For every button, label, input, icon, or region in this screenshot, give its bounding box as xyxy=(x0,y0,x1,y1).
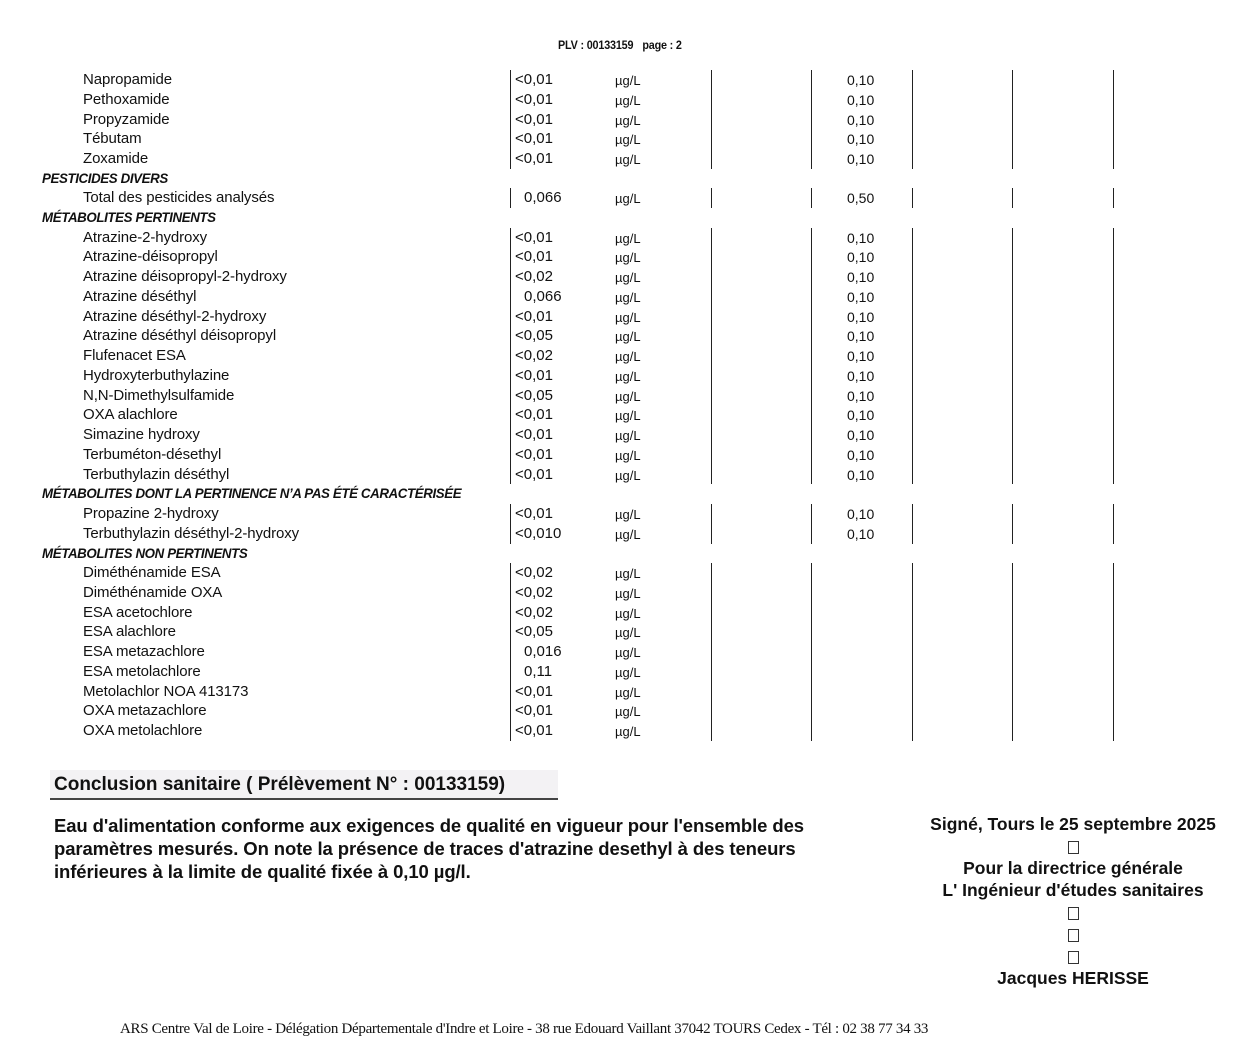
quality-limit: 0,10 xyxy=(847,309,874,325)
signature-block: Signé, Tours le 25 septembre 2025 Pour l… xyxy=(905,813,1240,989)
column-divider xyxy=(912,70,913,90)
column-divider xyxy=(811,721,812,741)
column-divider xyxy=(1113,188,1114,208)
result-unit: µg/L xyxy=(615,586,641,601)
column-divider xyxy=(811,524,812,544)
result-unit: µg/L xyxy=(615,704,641,719)
section-heading: MÉTABOLITES DONT LA PERTINENCE N’A PAS É… xyxy=(0,484,1240,504)
result-unit: µg/L xyxy=(615,349,641,364)
table-row: Metolachlor NOA 413173<0,01µg/L xyxy=(0,682,1240,702)
column-divider xyxy=(811,682,812,702)
column-divider xyxy=(510,662,511,682)
column-divider xyxy=(711,662,712,682)
result-value: <0,01 xyxy=(515,229,553,246)
column-divider xyxy=(912,307,913,327)
section-title: PESTICIDES DIVERS xyxy=(42,170,168,186)
column-divider xyxy=(711,287,712,307)
result-value: <0,02 xyxy=(515,564,553,581)
column-divider xyxy=(912,642,913,662)
column-divider xyxy=(510,110,511,130)
result-value: <0,01 xyxy=(515,308,553,325)
table-row: Diméthénamide ESA<0,02µg/L xyxy=(0,563,1240,583)
column-divider xyxy=(1113,603,1114,623)
column-divider xyxy=(1012,721,1013,741)
column-divider xyxy=(1012,622,1013,642)
column-divider xyxy=(510,583,511,603)
parameter-name: Atrazine-2-hydroxy xyxy=(83,229,207,246)
table-row: Terbuthylazin déséthyl<0,01µg/L0,10 xyxy=(0,465,1240,485)
column-divider xyxy=(1113,70,1114,90)
column-divider xyxy=(510,366,511,386)
parameter-name: Hydroxyterbuthylazine xyxy=(83,367,229,384)
signature-line-2: L' Ingénieur d'études sanitaires xyxy=(905,879,1240,901)
result-value: <0,01 xyxy=(515,406,553,423)
column-divider xyxy=(1012,701,1013,721)
column-divider xyxy=(711,642,712,662)
column-divider xyxy=(1012,90,1013,110)
result-value: <0,01 xyxy=(515,367,553,384)
table-row: Propazine 2-hydroxy<0,01µg/L0,10 xyxy=(0,504,1240,524)
result-unit: µg/L xyxy=(615,132,641,147)
result-unit: µg/L xyxy=(615,329,641,344)
column-divider xyxy=(711,465,712,485)
column-divider xyxy=(711,307,712,327)
table-row: ESA metazachlore0,016µg/L xyxy=(0,642,1240,662)
column-divider xyxy=(811,110,812,130)
result-unit: µg/L xyxy=(615,724,641,739)
column-divider xyxy=(510,386,511,406)
column-divider xyxy=(711,188,712,208)
result-unit: µg/L xyxy=(615,408,641,423)
column-divider xyxy=(1012,326,1013,346)
table-row: Zoxamide<0,01µg/L0,10 xyxy=(0,149,1240,169)
column-divider xyxy=(912,287,913,307)
column-divider xyxy=(811,188,812,208)
result-value: <0,01 xyxy=(515,130,553,147)
column-divider xyxy=(510,642,511,662)
result-value: <0,01 xyxy=(515,466,553,483)
column-divider xyxy=(711,524,712,544)
parameter-name: Atrazine déséthyl xyxy=(83,288,196,305)
column-divider xyxy=(711,682,712,702)
column-divider xyxy=(811,247,812,267)
result-value: <0,01 xyxy=(515,248,553,265)
column-divider xyxy=(811,583,812,603)
column-divider xyxy=(711,228,712,248)
quality-limit: 0,10 xyxy=(847,407,874,423)
parameter-name: Propyzamide xyxy=(83,111,169,128)
column-divider xyxy=(912,188,913,208)
quality-limit: 0,10 xyxy=(847,151,874,167)
column-divider xyxy=(1113,622,1114,642)
column-divider xyxy=(510,405,511,425)
column-divider xyxy=(510,267,511,287)
result-unit: µg/L xyxy=(615,191,641,206)
conclusion-text: Eau d'alimentation conforme aux exigence… xyxy=(54,814,884,883)
column-divider xyxy=(1012,504,1013,524)
column-divider xyxy=(510,622,511,642)
column-divider xyxy=(510,682,511,702)
column-divider xyxy=(1113,662,1114,682)
column-divider xyxy=(912,129,913,149)
column-divider xyxy=(1012,682,1013,702)
column-divider xyxy=(711,425,712,445)
column-divider xyxy=(1113,721,1114,741)
column-divider xyxy=(811,603,812,623)
parameter-name: Atrazine déséthyl déisopropyl xyxy=(83,327,276,344)
parameter-name: Diméthénamide ESA xyxy=(83,564,221,581)
column-divider xyxy=(912,682,913,702)
table-row: ESA metolachlore0,11µg/L xyxy=(0,662,1240,682)
page-header: PLV : 00133159page : 2 xyxy=(558,38,682,52)
conclusion-header: Conclusion sanitaire ( Prélèvement N° : … xyxy=(50,770,558,800)
column-divider xyxy=(912,326,913,346)
parameter-name: Terbuthylazin déséthyl xyxy=(83,466,229,483)
column-divider xyxy=(912,346,913,366)
column-divider xyxy=(912,405,913,425)
column-divider xyxy=(1113,583,1114,603)
column-divider xyxy=(912,701,913,721)
parameter-name: Atrazine déisopropyl-2-hydroxy xyxy=(83,268,287,285)
parameter-name: ESA metolachlore xyxy=(83,663,201,680)
parameter-name: ESA acetochlore xyxy=(83,604,192,621)
parameter-name: OXA metolachlore xyxy=(83,722,202,739)
section-title: MÉTABOLITES DONT LA PERTINENCE N’A PAS É… xyxy=(42,485,461,501)
section-heading: PESTICIDES DIVERS xyxy=(0,169,1240,189)
column-divider xyxy=(510,701,511,721)
column-divider xyxy=(1113,425,1114,445)
column-divider xyxy=(711,129,712,149)
column-divider xyxy=(1012,445,1013,465)
column-divider xyxy=(912,563,913,583)
table-row: OXA alachlore<0,01µg/L0,10 xyxy=(0,405,1240,425)
column-divider xyxy=(510,228,511,248)
quality-limit: 0,10 xyxy=(847,112,874,128)
column-divider xyxy=(1012,603,1013,623)
result-unit: µg/L xyxy=(615,270,641,285)
column-divider xyxy=(811,149,812,169)
parameter-name: Total des pesticides analysés xyxy=(83,189,274,206)
plv-number: PLV : 00133159 xyxy=(558,38,633,52)
result-value: <0,01 xyxy=(515,702,553,719)
column-divider xyxy=(1012,110,1013,130)
result-unit: µg/L xyxy=(615,665,641,680)
column-divider xyxy=(912,662,913,682)
column-divider xyxy=(1113,228,1114,248)
quality-limit: 0,10 xyxy=(847,72,874,88)
table-row: Pethoxamide<0,01µg/L0,10 xyxy=(0,90,1240,110)
result-value: 0,016 xyxy=(524,643,562,660)
column-divider xyxy=(1113,504,1114,524)
result-value: <0,05 xyxy=(515,387,553,404)
result-unit: µg/L xyxy=(615,685,641,700)
results-table: Napropamide<0,01µg/L0,10Pethoxamide<0,01… xyxy=(0,70,1240,741)
column-divider xyxy=(811,405,812,425)
parameter-name: Tébutam xyxy=(83,130,142,147)
column-divider xyxy=(711,603,712,623)
column-divider xyxy=(1113,386,1114,406)
column-divider xyxy=(811,307,812,327)
quality-limit: 0,10 xyxy=(847,467,874,483)
column-divider xyxy=(811,701,812,721)
column-divider xyxy=(912,149,913,169)
parameter-name: ESA metazachlore xyxy=(83,643,205,660)
column-divider xyxy=(711,504,712,524)
result-unit: µg/L xyxy=(615,73,641,88)
column-divider xyxy=(912,465,913,485)
column-divider xyxy=(811,90,812,110)
column-divider xyxy=(1012,386,1013,406)
column-divider xyxy=(912,228,913,248)
column-divider xyxy=(711,721,712,741)
column-divider xyxy=(1012,366,1013,386)
result-unit: µg/L xyxy=(615,507,641,522)
column-divider xyxy=(1113,326,1114,346)
table-row: Simazine hydroxy<0,01µg/L0,10 xyxy=(0,425,1240,445)
table-row: OXA metolachlore<0,01µg/L xyxy=(0,721,1240,741)
column-divider xyxy=(510,149,511,169)
result-value: <0,01 xyxy=(515,71,553,88)
column-divider xyxy=(1012,642,1013,662)
result-value: <0,02 xyxy=(515,347,553,364)
column-divider xyxy=(1113,701,1114,721)
column-divider xyxy=(912,90,913,110)
table-row: Tébutam<0,01µg/L0,10 xyxy=(0,129,1240,149)
placeholder-glyph-icon xyxy=(1068,907,1079,920)
result-unit: µg/L xyxy=(615,566,641,581)
result-value: <0,02 xyxy=(515,584,553,601)
column-divider xyxy=(510,129,511,149)
quality-limit: 0,10 xyxy=(847,249,874,265)
column-divider xyxy=(811,129,812,149)
column-divider xyxy=(1012,228,1013,248)
column-divider xyxy=(1113,682,1114,702)
column-divider xyxy=(711,90,712,110)
result-unit: µg/L xyxy=(615,310,641,325)
column-divider xyxy=(811,326,812,346)
column-divider xyxy=(811,642,812,662)
quality-limit: 0,10 xyxy=(847,526,874,542)
section-title: MÉTABOLITES NON PERTINENTS xyxy=(42,545,247,561)
column-divider xyxy=(1012,425,1013,445)
result-value: <0,01 xyxy=(515,111,553,128)
quality-limit: 0,10 xyxy=(847,269,874,285)
result-value: <0,01 xyxy=(515,91,553,108)
column-divider xyxy=(1012,307,1013,327)
parameter-name: Terbuméton-désethyl xyxy=(83,446,221,463)
result-value: 0,066 xyxy=(524,288,562,305)
parameter-name: Pethoxamide xyxy=(83,91,169,108)
column-divider xyxy=(912,445,913,465)
column-divider xyxy=(510,70,511,90)
column-divider xyxy=(1113,129,1114,149)
quality-limit: 0,10 xyxy=(847,92,874,108)
placeholder-glyph-icon xyxy=(1068,841,1079,854)
column-divider xyxy=(711,247,712,267)
result-value: <0,01 xyxy=(515,683,553,700)
result-unit: µg/L xyxy=(615,428,641,443)
column-divider xyxy=(811,386,812,406)
column-divider xyxy=(912,366,913,386)
result-value: <0,01 xyxy=(515,150,553,167)
column-divider xyxy=(711,563,712,583)
column-divider xyxy=(510,326,511,346)
column-divider xyxy=(912,603,913,623)
column-divider xyxy=(912,524,913,544)
column-divider xyxy=(711,366,712,386)
parameter-name: OXA metazachlore xyxy=(83,702,206,719)
column-divider xyxy=(1012,129,1013,149)
column-divider xyxy=(912,267,913,287)
result-value: <0,01 xyxy=(515,446,553,463)
parameter-name: Simazine hydroxy xyxy=(83,426,200,443)
result-unit: µg/L xyxy=(615,625,641,640)
quality-limit: 0,10 xyxy=(847,388,874,404)
quality-limit: 0,10 xyxy=(847,328,874,344)
column-divider xyxy=(1113,149,1114,169)
result-unit: µg/L xyxy=(615,448,641,463)
column-divider xyxy=(711,326,712,346)
parameter-name: Metolachlor NOA 413173 xyxy=(83,683,248,700)
column-divider xyxy=(711,70,712,90)
column-divider xyxy=(811,662,812,682)
parameter-name: ESA alachlore xyxy=(83,623,176,640)
quality-limit: 0,10 xyxy=(847,368,874,384)
table-row: Terbuméton-désethyl<0,01µg/L0,10 xyxy=(0,445,1240,465)
result-value: <0,01 xyxy=(515,722,553,739)
page-number: page : 2 xyxy=(642,38,681,52)
column-divider xyxy=(912,504,913,524)
column-divider xyxy=(1113,307,1114,327)
column-divider xyxy=(1012,247,1013,267)
column-divider xyxy=(912,110,913,130)
table-row: Diméthénamide OXA<0,02µg/L xyxy=(0,583,1240,603)
parameter-name: N,N-Dimethylsulfamide xyxy=(83,387,234,404)
column-divider xyxy=(510,445,511,465)
column-divider xyxy=(711,267,712,287)
column-divider xyxy=(711,701,712,721)
parameter-name: Propazine 2-hydroxy xyxy=(83,505,219,522)
column-divider xyxy=(811,445,812,465)
column-divider xyxy=(1113,524,1114,544)
quality-limit: 0,10 xyxy=(847,289,874,305)
column-divider xyxy=(510,563,511,583)
signature-date: Signé, Tours le 25 septembre 2025 xyxy=(905,813,1240,835)
table-row: Atrazine déséthyl déisopropyl<0,05µg/L0,… xyxy=(0,326,1240,346)
column-divider xyxy=(510,188,511,208)
column-divider xyxy=(510,603,511,623)
column-divider xyxy=(811,267,812,287)
column-divider xyxy=(711,445,712,465)
table-row: Atrazine déséthyl-2-hydroxy<0,01µg/L0,10 xyxy=(0,307,1240,327)
result-unit: µg/L xyxy=(615,527,641,542)
quality-limit: 0,10 xyxy=(847,348,874,364)
column-divider xyxy=(811,465,812,485)
column-divider xyxy=(912,247,913,267)
quality-limit: 0,10 xyxy=(847,447,874,463)
column-divider xyxy=(912,583,913,603)
column-divider xyxy=(1012,662,1013,682)
column-divider xyxy=(1113,90,1114,110)
result-value: 0,11 xyxy=(524,663,552,680)
table-row: Atrazine-2-hydroxy<0,01µg/L0,10 xyxy=(0,228,1240,248)
parameter-name: Terbuthylazin déséthyl-2-hydroxy xyxy=(83,525,299,542)
column-divider xyxy=(1012,149,1013,169)
column-divider xyxy=(912,721,913,741)
column-divider xyxy=(1113,110,1114,130)
section-title: MÉTABOLITES PERTINENTS xyxy=(42,209,216,225)
column-divider xyxy=(510,721,511,741)
column-divider xyxy=(811,287,812,307)
column-divider xyxy=(510,425,511,445)
result-value: <0,05 xyxy=(515,623,553,640)
section-heading: MÉTABOLITES NON PERTINENTS xyxy=(0,544,1240,564)
table-row: Flufenacet ESA<0,02µg/L0,10 xyxy=(0,346,1240,366)
quality-limit: 0,10 xyxy=(847,427,874,443)
signature-line-1: Pour la directrice générale xyxy=(905,857,1240,879)
column-divider xyxy=(1012,583,1013,603)
column-divider xyxy=(510,524,511,544)
column-divider xyxy=(1012,405,1013,425)
column-divider xyxy=(912,425,913,445)
column-divider xyxy=(912,386,913,406)
column-divider xyxy=(1012,465,1013,485)
signatory-name: Jacques HERISSE xyxy=(905,967,1240,989)
result-unit: µg/L xyxy=(615,468,641,483)
column-divider xyxy=(811,70,812,90)
page-footer: ARS Centre Val de Loire - Délégation Dép… xyxy=(120,1021,928,1038)
column-divider xyxy=(510,346,511,366)
column-divider xyxy=(711,583,712,603)
quality-limit: 0,10 xyxy=(847,506,874,522)
parameter-name: Atrazine déséthyl-2-hydroxy xyxy=(83,308,266,325)
column-divider xyxy=(711,149,712,169)
result-value: <0,05 xyxy=(515,327,553,344)
column-divider xyxy=(912,622,913,642)
table-row: Propyzamide<0,01µg/L0,10 xyxy=(0,110,1240,130)
table-row: OXA metazachlore<0,01µg/L xyxy=(0,701,1240,721)
column-divider xyxy=(711,110,712,130)
parameter-name: Flufenacet ESA xyxy=(83,347,186,364)
table-row: ESA alachlore<0,05µg/L xyxy=(0,622,1240,642)
column-divider xyxy=(1012,267,1013,287)
column-divider xyxy=(711,405,712,425)
column-divider xyxy=(1113,346,1114,366)
column-divider xyxy=(510,287,511,307)
result-unit: µg/L xyxy=(615,113,641,128)
parameter-name: Atrazine-déisopropyl xyxy=(83,248,218,265)
table-row: Atrazine-déisopropyl<0,01µg/L0,10 xyxy=(0,247,1240,267)
column-divider xyxy=(510,465,511,485)
result-unit: µg/L xyxy=(615,290,641,305)
column-divider xyxy=(711,386,712,406)
table-row: Hydroxyterbuthylazine<0,01µg/L0,10 xyxy=(0,366,1240,386)
column-divider xyxy=(1012,287,1013,307)
table-row: N,N-Dimethylsulfamide<0,05µg/L0,10 xyxy=(0,386,1240,406)
parameter-name: Zoxamide xyxy=(83,150,148,167)
column-divider xyxy=(1113,465,1114,485)
column-divider xyxy=(1012,70,1013,90)
parameter-name: Diméthénamide OXA xyxy=(83,584,222,601)
column-divider xyxy=(811,563,812,583)
column-divider xyxy=(1012,524,1013,544)
column-divider xyxy=(1012,188,1013,208)
column-divider xyxy=(811,425,812,445)
table-row: ESA acetochlore<0,02µg/L xyxy=(0,603,1240,623)
result-unit: µg/L xyxy=(615,606,641,621)
result-value: 0,066 xyxy=(524,189,562,206)
result-value: <0,01 xyxy=(515,426,553,443)
